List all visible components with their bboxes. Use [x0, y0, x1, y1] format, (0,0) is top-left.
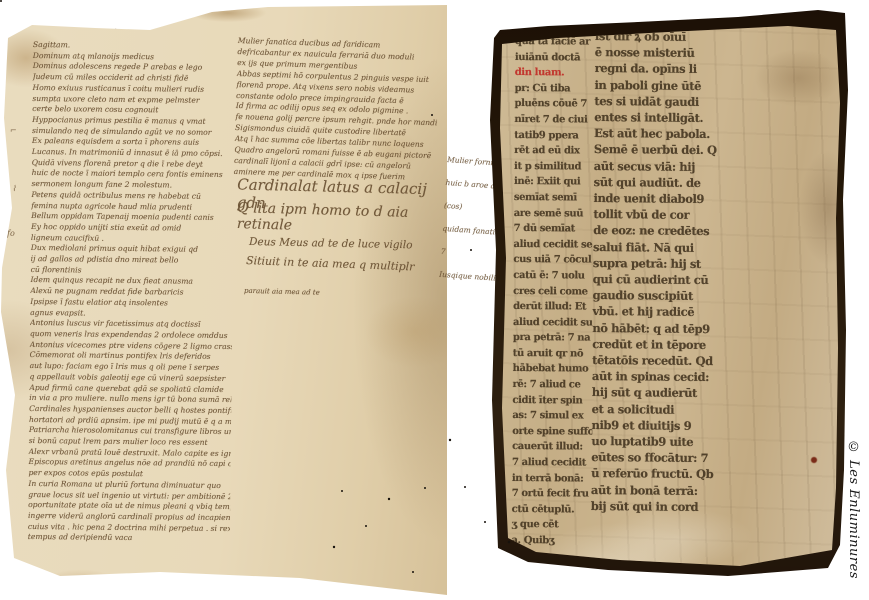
gothic-column-a-top: quā ta faciē ariuiānū doctā [515, 34, 595, 66]
manuscript-photo: ıpsı Sagittam.Dominum atq mlanoijs medic… [0, 0, 869, 600]
copyright-credit: © Les Enluminures [846, 440, 861, 600]
pen-flourish: ıpsı [112, 20, 128, 30]
ink-specks [0, 0, 2, 2]
red-rubric-line: din luam. [515, 65, 595, 81]
psalm-line-1: Deus Meus ad te de luce vigilo [249, 236, 449, 252]
folio-mark: fo [7, 229, 15, 238]
right-page: quā ta faciē ariuiānū doctā din luam. pr… [498, 8, 840, 568]
right-column-text: Mulier fanatica ducibus ad faridicamdefr… [233, 36, 445, 188]
gothic-column-b: ist dīr ꝝ ob oīuīē nosse misteriūregni d… [591, 28, 745, 515]
right-page-binding-edge: quā ta faciē ariuiānū doctā din luam. pr… [488, 0, 853, 600]
gothic-column-a: quā ta faciē ariuiānū doctā din luam. pr… [511, 34, 595, 549]
display-line-second: Q lita ipm homo to d aia retinale [237, 200, 450, 238]
left-column-text: Sagittam.Dominum atq mlanoijs medicusDom… [28, 40, 235, 550]
psalm-line-2: Sitiuit in te aia mea q multiplr [246, 254, 456, 275]
margin-mark: ⌐ [10, 126, 17, 135]
margin-mark: ⌇ [12, 184, 16, 193]
left-page: ıpsı Sagittam.Dominum atq mlanoijs medic… [0, 0, 447, 600]
gothic-column-a-body: pr: Cū tibapluēns cōuē 7nīret 7 de ciuit… [511, 81, 594, 549]
small-note-line: parauit aia mea ad te [244, 287, 424, 299]
